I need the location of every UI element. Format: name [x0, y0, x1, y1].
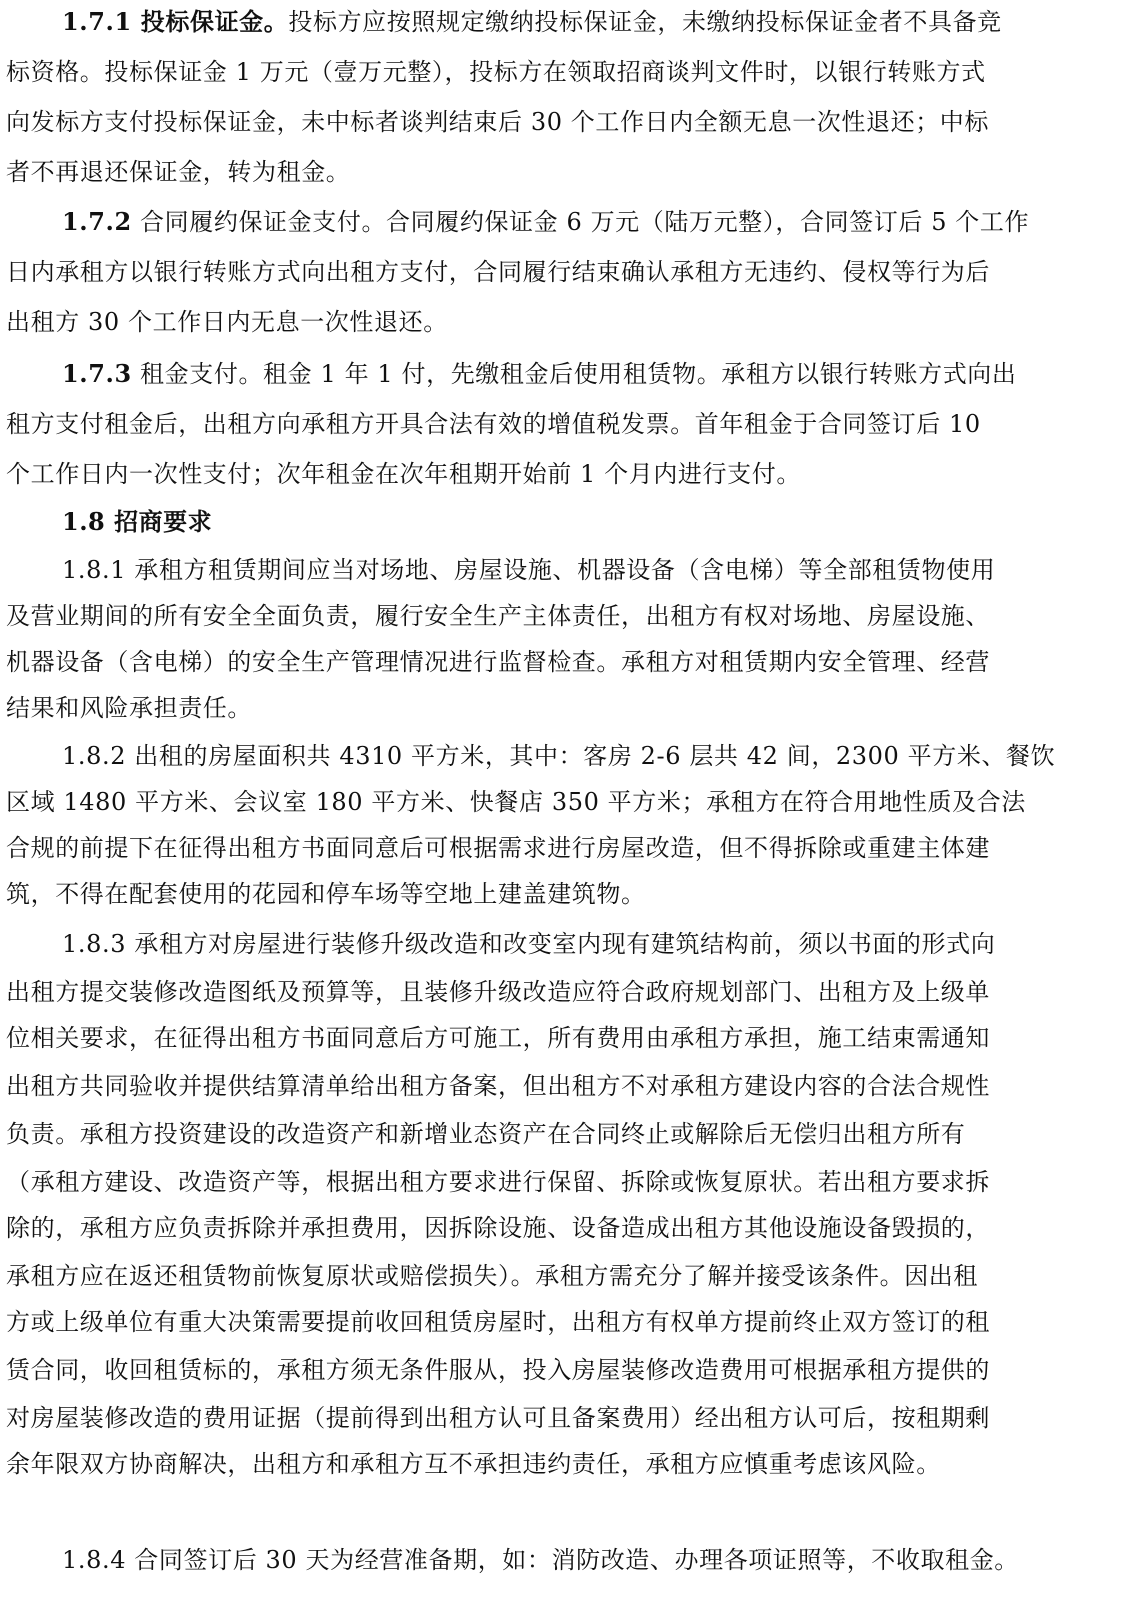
paragraph-line: 出租方共同验收并提供结算清单给出租方备案，但出租方不对承租方建设内容的合法合规性: [6, 1070, 990, 1102]
paragraph-line: 租方支付租金后，出租方向承租方开具合法有效的增值税发票。首年租金于合同签订后 1…: [6, 408, 981, 440]
clause-label: 1.7.1 投标保证金。: [62, 7, 288, 36]
paragraph-line: 筑，不得在配套使用的花园和停车场等空地上建盖建筑物。: [6, 878, 646, 910]
paragraph-line: 1.7.1 投标保证金。投标方应按照规定缴纳投标保证金，未缴纳投标保证金者不具备…: [62, 6, 1002, 38]
paragraph-line: 及营业期间的所有安全全面负责，履行安全生产主体责任，出租方有权对场地、房屋设施、: [6, 600, 990, 632]
paragraph-line: 标资格。投标保证金 1 万元（壹万元整），投标方在领取招商谈判文件时，以银行转账…: [6, 56, 986, 88]
clause-label: 1.7.2: [62, 207, 132, 236]
paragraph-line: 个工作日内一次性支付；次年租金在次年租期开始前 1 个月内进行支付。: [6, 458, 801, 490]
clause-text: 投标方应按照规定缴纳投标保证金，未缴纳投标保证金者不具备竞: [288, 8, 1001, 36]
paragraph-line: 余年限双方协商解决，出租方和承租方互不承担违约责任，承租方应慎重考虑该风险。: [6, 1448, 941, 1480]
section-heading: 1.8 招商要求: [62, 506, 212, 538]
paragraph-line: 1.8.1 承租方租赁期间应当对场地、房屋设施、机器设备（含电梯）等全部租赁物使…: [62, 554, 995, 586]
paragraph-line: 出租方提交装修改造图纸及预算等，且装修升级改造应符合政府规划部门、出租方及上级单: [6, 976, 990, 1008]
paragraph-line: 除的，承租方应负责拆除并承担费用，因拆除设施、设备造成出租方其他设施设备毁损的，: [6, 1212, 990, 1244]
paragraph-line: 者不再退还保证金，转为租金。: [6, 156, 350, 188]
clause-text: 租金支付。租金 1 年 1 付，先缴租金后使用租赁物。承租方以银行转账方式向出: [132, 360, 1017, 388]
paragraph-line: 1.7.2 合同履约保证金支付。合同履约保证金 6 万元（陆万元整），合同签订后…: [62, 206, 1029, 238]
paragraph-line: 1.7.3 租金支付。租金 1 年 1 付，先缴租金后使用租赁物。承租方以银行转…: [62, 358, 1017, 390]
paragraph-line: 合规的前提下在征得出租方书面同意后可根据需求进行房屋改造，但不得拆除或重建主体建: [6, 832, 990, 864]
paragraph-line: （承租方建设、改造资产等，根据出租方要求进行保留、拆除或恢复原状。若出租方要求拆: [6, 1166, 990, 1198]
paragraph-line: 承租方应在返还租赁物前恢复原状或赔偿损失）。承租方需充分了解并接受该条件。因出租: [6, 1260, 978, 1292]
paragraph-line: 方或上级单位有重大决策需要提前收回租赁房屋时，出租方有权单方提前终止双方签订的租: [6, 1306, 990, 1338]
paragraph-line: 位相关要求，在征得出租方书面同意后方可施工，所有费用由承租方承担，施工结束需通知: [6, 1022, 990, 1054]
paragraph-line: 1.8.2 出租的房屋面积共 4310 平方米，其中：客房 2-6 层共 42 …: [62, 740, 1055, 772]
paragraph-line: 负责。承租方投资建设的改造资产和新增业态资产在合同终止或解除后无偿归出租方所有: [6, 1118, 965, 1150]
paragraph-line: 1.8.3 承租方对房屋进行装修升级改造和改变室内现有建筑结构前，须以书面的形式…: [62, 928, 995, 960]
paragraph-line: 向发标方支付投标保证金，未中标者谈判结束后 30 个工作日内全额无息一次性退还；…: [6, 106, 989, 138]
paragraph-line: 区域 1480 平方米、会议室 180 平方米、快餐店 350 平方米；承租方在…: [6, 786, 1026, 818]
paragraph-line: 出租方 30 个工作日内无息一次性退还。: [6, 306, 448, 338]
clause-text: 合同履约保证金支付。合同履约保证金 6 万元（陆万元整），合同签订后 5 个工作: [132, 208, 1029, 236]
paragraph-line: 对房屋装修改造的费用证据（提前得到出租方认可且备案费用）经出租方认可后，按租期剩: [6, 1402, 990, 1434]
clause-label: 1.7.3: [62, 359, 132, 388]
paragraph-line: 1.8.4 合同签订后 30 天为经营准备期，如：消防改造、办理各项证照等，不收…: [62, 1544, 1019, 1576]
paragraph-line: 机器设备（含电梯）的安全生产管理情况进行监督检查。承租方对租赁期内安全管理、经营: [6, 646, 990, 678]
paragraph-line: 日内承租方以银行转账方式向出租方支付，合同履行结束确认承租方无违约、侵权等行为后: [6, 256, 990, 288]
paragraph-line: 赁合同，收回租赁标的，承租方须无条件服从，投入房屋装修改造费用可根据承租方提供的: [6, 1354, 990, 1386]
paragraph-line: 结果和风险承担责任。: [6, 692, 252, 724]
